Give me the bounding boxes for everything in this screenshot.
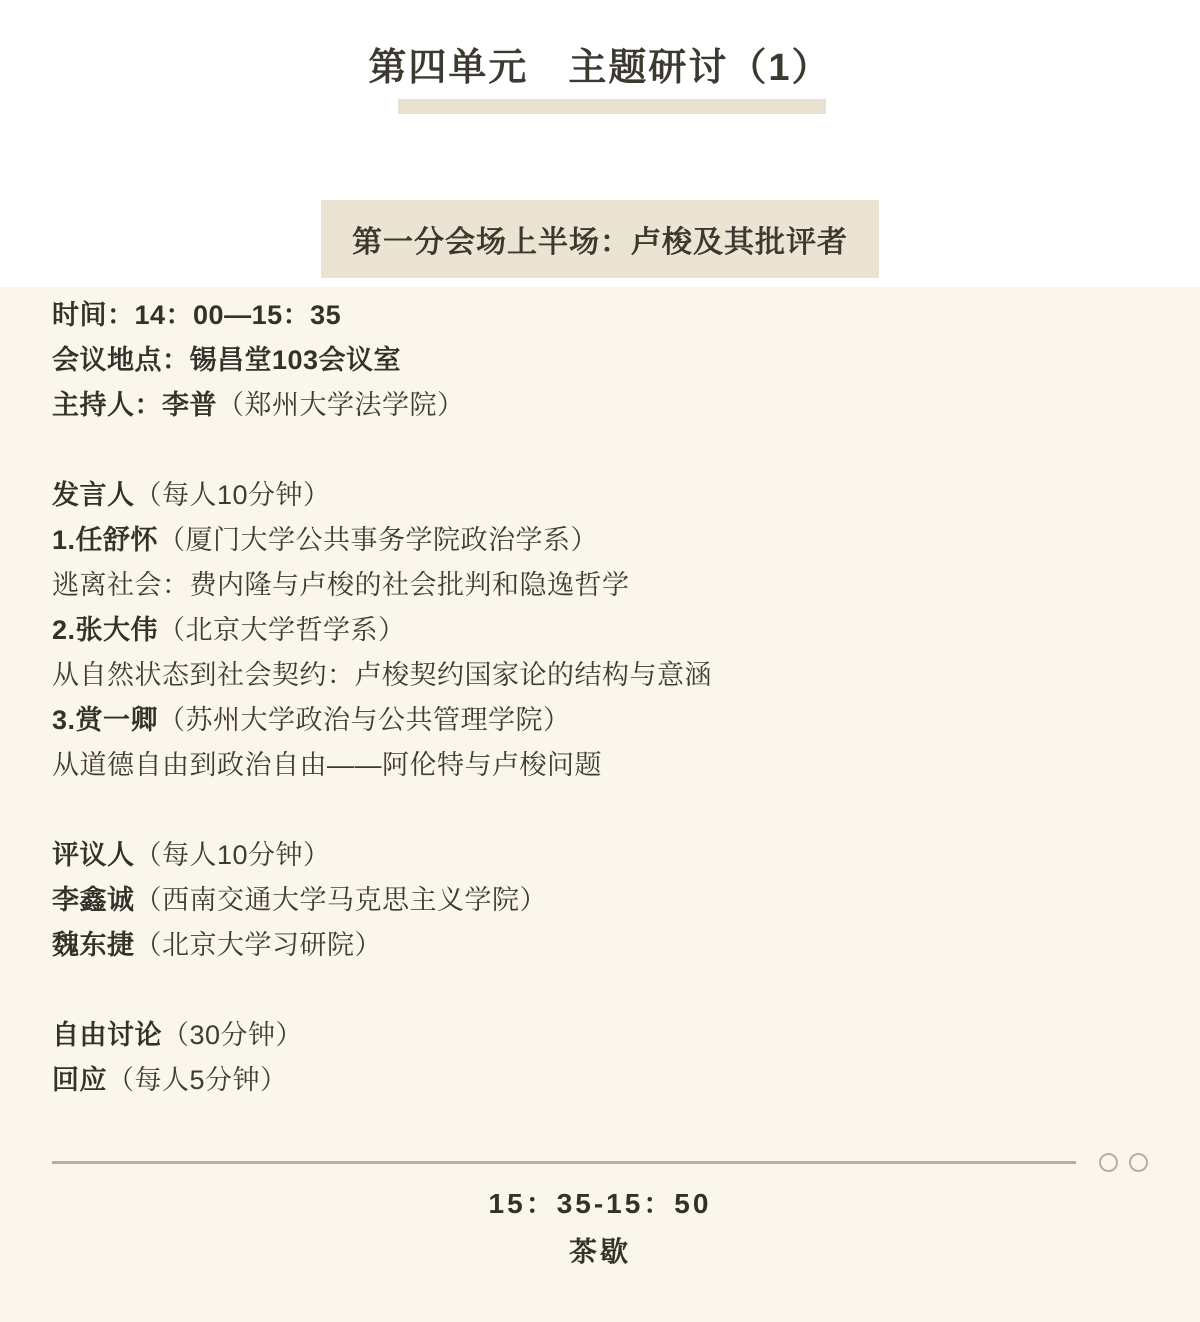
line-emphasis: 时间：14：00—15：35 bbox=[52, 300, 341, 330]
line-emphasis: 回应 bbox=[52, 1065, 107, 1095]
line-detail: （每人5分钟） bbox=[107, 1065, 288, 1095]
line-emphasis: 1.任舒怀 bbox=[52, 525, 158, 555]
divider-circle-icon bbox=[1099, 1153, 1118, 1172]
line-detail: 从自然状态到社会契约：卢梭契约国家论的结构与意涵 bbox=[52, 660, 712, 690]
line-emphasis: 发言人 bbox=[52, 480, 135, 510]
schedule-line: 魏东捷（北京大学习研院） bbox=[52, 923, 1148, 968]
schedule-line: 主持人：李普（郑州大学法学院） bbox=[52, 383, 1148, 428]
line-detail: （30分钟） bbox=[162, 1020, 303, 1050]
schedule-line: 3.赏一卿（苏州大学政治与公共管理学院） bbox=[52, 698, 1148, 743]
line-detail: 从道德自由到政治自由——阿伦特与卢梭问题 bbox=[52, 750, 602, 780]
session-banner: 第一分会场上半场：卢梭及其批评者 bbox=[321, 200, 879, 278]
line-emphasis: 3.赏一卿 bbox=[52, 705, 158, 735]
schedule-line: 逃离社会：费内隆与卢梭的社会批判和隐逸哲学 bbox=[52, 563, 1148, 608]
schedule-line: 1.任舒怀（厦门大学公共事务学院政治学系） bbox=[52, 518, 1148, 563]
schedule-line: 回应（每人5分钟） bbox=[52, 1058, 1148, 1103]
schedule-line: 2.张大伟（北京大学哲学系） bbox=[52, 608, 1148, 653]
schedule-line: 发言人（每人10分钟） bbox=[52, 473, 1148, 518]
line-detail: （郑州大学法学院） bbox=[217, 390, 465, 420]
unit-title-text: 第四单元 主题研讨（1） bbox=[0, 46, 1200, 90]
title-underline-bar bbox=[398, 99, 826, 114]
line-detail: （西南交通大学马克思主义学院） bbox=[135, 885, 548, 915]
divider-circle-icon bbox=[1129, 1153, 1148, 1172]
tea-break-label: 茶歇 bbox=[52, 1227, 1148, 1277]
schedule-line: 从道德自由到政治自由——阿伦特与卢梭问题 bbox=[52, 743, 1148, 788]
unit-title: 第四单元 主题研讨（1） bbox=[0, 0, 1200, 114]
divider-line bbox=[52, 1161, 1076, 1164]
line-detail: （苏州大学政治与公共管理学院） bbox=[158, 705, 571, 735]
tea-break-time: 15：35-15：50 bbox=[52, 1181, 1148, 1227]
line-emphasis: 魏东捷 bbox=[52, 930, 135, 960]
session-banner-text: 第一分会场上半场：卢梭及其批评者 bbox=[352, 217, 848, 261]
line-emphasis: 会议地点：锡昌堂103会议室 bbox=[52, 345, 401, 375]
line-detail: （北京大学习研院） bbox=[135, 930, 383, 960]
section-commentators: 评议人（每人10分钟） 李鑫诚（西南交通大学马克思主义学院） 魏东捷（北京大学习… bbox=[52, 833, 1148, 968]
line-detail: 逃离社会：费内隆与卢梭的社会批判和隐逸哲学 bbox=[52, 570, 630, 600]
schedule-line: 时间：14：00—15：35 bbox=[52, 293, 1148, 338]
schedule-line: 会议地点：锡昌堂103会议室 bbox=[52, 338, 1148, 383]
line-emphasis: 主持人：李普 bbox=[52, 390, 217, 420]
section-session-info: 时间：14：00—15：35 会议地点：锡昌堂103会议室 主持人：李普（郑州大… bbox=[52, 293, 1148, 428]
section-divider bbox=[52, 1153, 1148, 1171]
line-emphasis: 2.张大伟 bbox=[52, 615, 158, 645]
tea-break-block: 15：35-15：50 茶歇 bbox=[52, 1181, 1148, 1277]
schedule-line: 从自然状态到社会契约：卢梭契约国家论的结构与意涵 bbox=[52, 653, 1148, 698]
schedule-line: 李鑫诚（西南交通大学马克思主义学院） bbox=[52, 878, 1148, 923]
page-header: 第四单元 主题研讨（1） 第一分会场上半场：卢梭及其批评者 bbox=[0, 0, 1200, 287]
program-content: 时间：14：00—15：35 会议地点：锡昌堂103会议室 主持人：李普（郑州大… bbox=[0, 287, 1200, 1277]
program-page: 第四单元 主题研讨（1） 第一分会场上半场：卢梭及其批评者 时间：14：00—1… bbox=[0, 0, 1200, 1322]
schedule-line: 自由讨论（30分钟） bbox=[52, 1013, 1148, 1058]
schedule-line: 评议人（每人10分钟） bbox=[52, 833, 1148, 878]
line-detail: （厦门大学公共事务学院政治学系） bbox=[158, 525, 598, 555]
line-detail: （每人10分钟） bbox=[135, 840, 331, 870]
line-emphasis: 自由讨论 bbox=[52, 1020, 162, 1050]
line-detail: （每人10分钟） bbox=[135, 480, 331, 510]
section-speakers: 发言人（每人10分钟） 1.任舒怀（厦门大学公共事务学院政治学系） 逃离社会：费… bbox=[52, 473, 1148, 788]
line-detail: （北京大学哲学系） bbox=[158, 615, 406, 645]
section-discussion: 自由讨论（30分钟） 回应（每人5分钟） bbox=[52, 1013, 1148, 1103]
line-emphasis: 李鑫诚 bbox=[52, 885, 135, 915]
line-emphasis: 评议人 bbox=[52, 840, 135, 870]
